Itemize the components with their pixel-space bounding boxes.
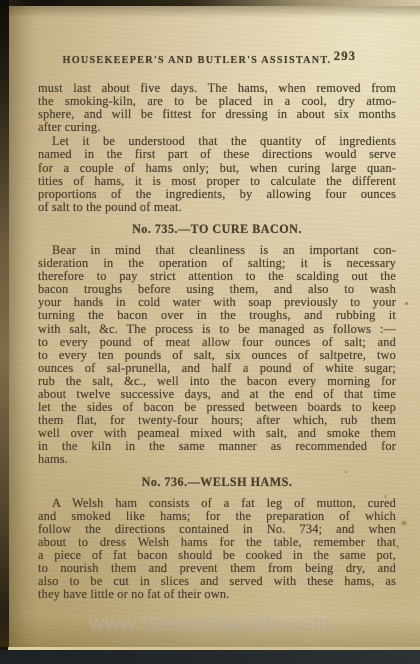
page-number: 293 xyxy=(334,49,356,64)
text-line: tities of hams, it is most proper to cal… xyxy=(38,175,396,188)
paragraph: must last about five days. The hams, whe… xyxy=(38,82,396,134)
text-line: follow the directions contained in No. 7… xyxy=(38,523,396,536)
text-line: rub the salt, &c., well into the bacon e… xyxy=(38,375,396,388)
text-line: in the kiln in the same manner as recomm… xyxy=(38,440,396,453)
gutter-shadow xyxy=(9,0,37,650)
page-content: HOUSEKEEPER'S AND BUTLER'S ASSISTANT. 29… xyxy=(0,0,420,664)
text-line: with salt, &c. The process is to be mana… xyxy=(38,323,396,336)
paragraph: Bear in mind that cleanliness is an impo… xyxy=(38,244,396,467)
text-line: turning the bacon over in the troughs, a… xyxy=(38,309,396,322)
text-line: for a couple of hams only; but, when cur… xyxy=(38,162,396,175)
text-line: they have little or no fat of their own. xyxy=(38,588,396,601)
book-page-photo: HOUSEKEEPER'S AND BUTLER'S ASSISTANT. 29… xyxy=(0,0,420,664)
text-line: after curing. xyxy=(38,121,396,134)
book-bottom-edge xyxy=(0,650,420,664)
section-heading: No. 735.—TO CURE BACON. xyxy=(38,222,396,237)
section-heading: No. 736.—WELSH HAMS. xyxy=(38,475,396,490)
page-body: must last about five days. The hams, whe… xyxy=(38,82,396,601)
text-line: ounces of sal-prunella, and half a pound… xyxy=(38,362,396,375)
page-top-edge-shadow xyxy=(0,6,420,18)
text-line: of salt to the pound of meat. xyxy=(38,201,396,214)
book-gutter-edge xyxy=(0,0,9,650)
text-line: A Welsh ham consists of a fat leg of mut… xyxy=(38,497,396,510)
text-line: about to dress Welsh hams for the table,… xyxy=(38,536,396,549)
text-line: hams. xyxy=(38,453,396,466)
text-line: to every pound of meat allow four ounces… xyxy=(38,336,396,349)
paragraph: A Welsh ham consists of a fat leg of mut… xyxy=(38,497,396,602)
page-bottom-shade xyxy=(0,617,420,647)
paragraph: Let it be understood that the quantity o… xyxy=(38,135,396,214)
text-line: named in the first part of these directi… xyxy=(38,148,396,161)
text-line: and smoked like hams; for the preparatio… xyxy=(38,510,396,523)
text-line: to every ten pounds of salt, six ounces … xyxy=(38,349,396,362)
text-line: proportions of the ingredients, by allow… xyxy=(38,188,396,201)
running-header-title: HOUSEKEEPER'S AND BUTLER'S ASSISTANT. xyxy=(63,55,332,66)
running-header: HOUSEKEEPER'S AND BUTLER'S ASSISTANT. 29… xyxy=(38,50,396,66)
